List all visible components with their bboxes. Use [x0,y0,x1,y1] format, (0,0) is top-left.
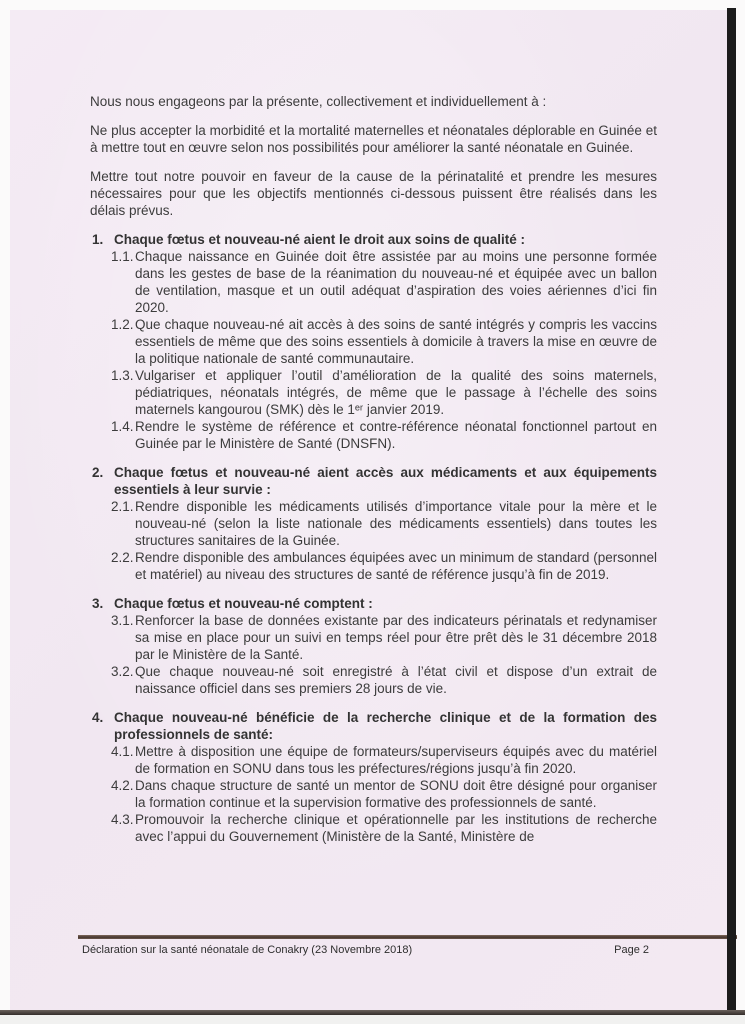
section: 4. Chaque nouveau-né bénéficie de la rec… [90,709,657,845]
section-item: 2.1. Rendre disponible les médicaments u… [111,498,657,549]
item-text: Mettre à disposition une équipe de forma… [135,744,657,776]
section-title: Chaque nouveau-né bénéficie de la recher… [114,710,657,742]
section-heading: 3. Chaque fœtus et nouveau-né comptent : [90,595,657,612]
item-text: Que chaque nouveau-né ait accès à des so… [135,317,657,366]
item-text: Que chaque nouveau-né soit enregistré à … [135,664,657,696]
item-text: Rendre le système de référence et contre… [135,419,657,451]
item-number: 2.1. [111,498,134,515]
section-item: 4.2. Dans chaque structure de santé un m… [111,777,657,811]
item-text: Vulgariser et appliquer l’outil d’amélio… [135,368,657,417]
footer-page-number: Page 2 [614,944,649,956]
section-items: 3.1. Renforcer la base de données exista… [111,612,657,697]
scan-edge-bottom-margin [0,1015,745,1024]
item-number: 1.3. [111,367,134,384]
section-items: 4.1. Mettre à disposition une équipe de … [111,743,657,845]
section-heading: 4. Chaque nouveau-né bénéficie de la rec… [90,709,657,743]
section-item: 4.3. Promouvoir la recherche clinique et… [111,811,657,845]
section: 3. Chaque fœtus et nouveau-né comptent :… [90,595,657,697]
section-item: 1.2. Que chaque nouveau-né ait accès à d… [111,316,657,367]
scanned-document: Nous nous engageons par la présente, col… [0,0,745,1024]
item-number: 2.2. [111,549,134,566]
item-text: Dans chaque structure de santé un mentor… [135,778,657,810]
section-number: 2. [92,464,103,481]
item-number: 1.1. [111,248,134,265]
footer-document-title: Déclaration sur la santé néonatale de Co… [82,944,412,956]
section-title: Chaque fœtus et nouveau-né aient le droi… [114,232,525,247]
section-item: 4.1. Mettre à disposition une équipe de … [111,743,657,777]
section-item: 1.4. Rendre le système de référence et c… [111,418,657,452]
item-text: Rendre disponible des ambulances équipée… [135,550,657,582]
item-text: Rendre disponible les médicaments utilis… [135,499,657,548]
section-item: 2.2. Rendre disponible des ambulances éq… [111,549,657,583]
section-item: 3.1. Renforcer la base de données exista… [111,612,657,663]
section: 1. Chaque fœtus et nouveau-né aient le d… [90,231,657,452]
item-number: 1.2. [111,316,134,333]
item-number: 3.2. [111,663,134,680]
section-items: 1.1. Chaque naissance en Guinée doit êtr… [111,248,657,452]
footer-rule [78,935,737,939]
item-number: 4.1. [111,743,134,760]
section-list: 1. Chaque fœtus et nouveau-né aient le d… [90,231,657,845]
document-page: Nous nous engageons par la présente, col… [10,10,727,1011]
section-item: 3.2. Que chaque nouveau-né soit enregist… [111,663,657,697]
section-number: 1. [92,231,103,248]
section-heading: 1. Chaque fœtus et nouveau-né aient le d… [90,231,657,248]
section-heading: 2. Chaque fœtus et nouveau-né aient accè… [90,464,657,498]
item-text: Chaque naissance en Guinée doit être ass… [135,249,657,315]
section-item: 1.3. Vulgariser et appliquer l’outil d’a… [111,367,657,418]
section-number: 3. [92,595,103,612]
intro-paragraph: Ne plus accepter la morbidité et la mort… [90,122,657,156]
item-text: Renforcer la base de données existante p… [135,613,657,662]
intro-paragraph: Nous nous engageons par la présente, col… [90,93,657,110]
section-title: Chaque fœtus et nouveau-né comptent : [114,596,373,611]
item-number: 1.4. [111,418,134,435]
scan-edge-right [727,8,736,1013]
item-number: 4.2. [111,777,134,794]
section-title: Chaque fœtus et nouveau-né aient accès a… [114,465,657,497]
section-items: 2.1. Rendre disponible les médicaments u… [111,498,657,583]
item-text: Promouvoir la recherche clinique et opér… [135,812,657,844]
section-item: 1.1. Chaque naissance en Guinée doit êtr… [111,248,657,316]
section-number: 4. [92,709,103,726]
item-number: 4.3. [111,811,134,828]
item-number: 3.1. [111,612,134,629]
intro-paragraph: Mettre tout notre pouvoir en faveur de l… [90,168,657,219]
section: 2. Chaque fœtus et nouveau-né aient accè… [90,464,657,583]
intro-paragraphs: Nous nous engageons par la présente, col… [90,93,657,219]
document-body: Nous nous engageons par la présente, col… [90,93,657,857]
page-footer: Déclaration sur la santé néonatale de Co… [82,944,649,956]
